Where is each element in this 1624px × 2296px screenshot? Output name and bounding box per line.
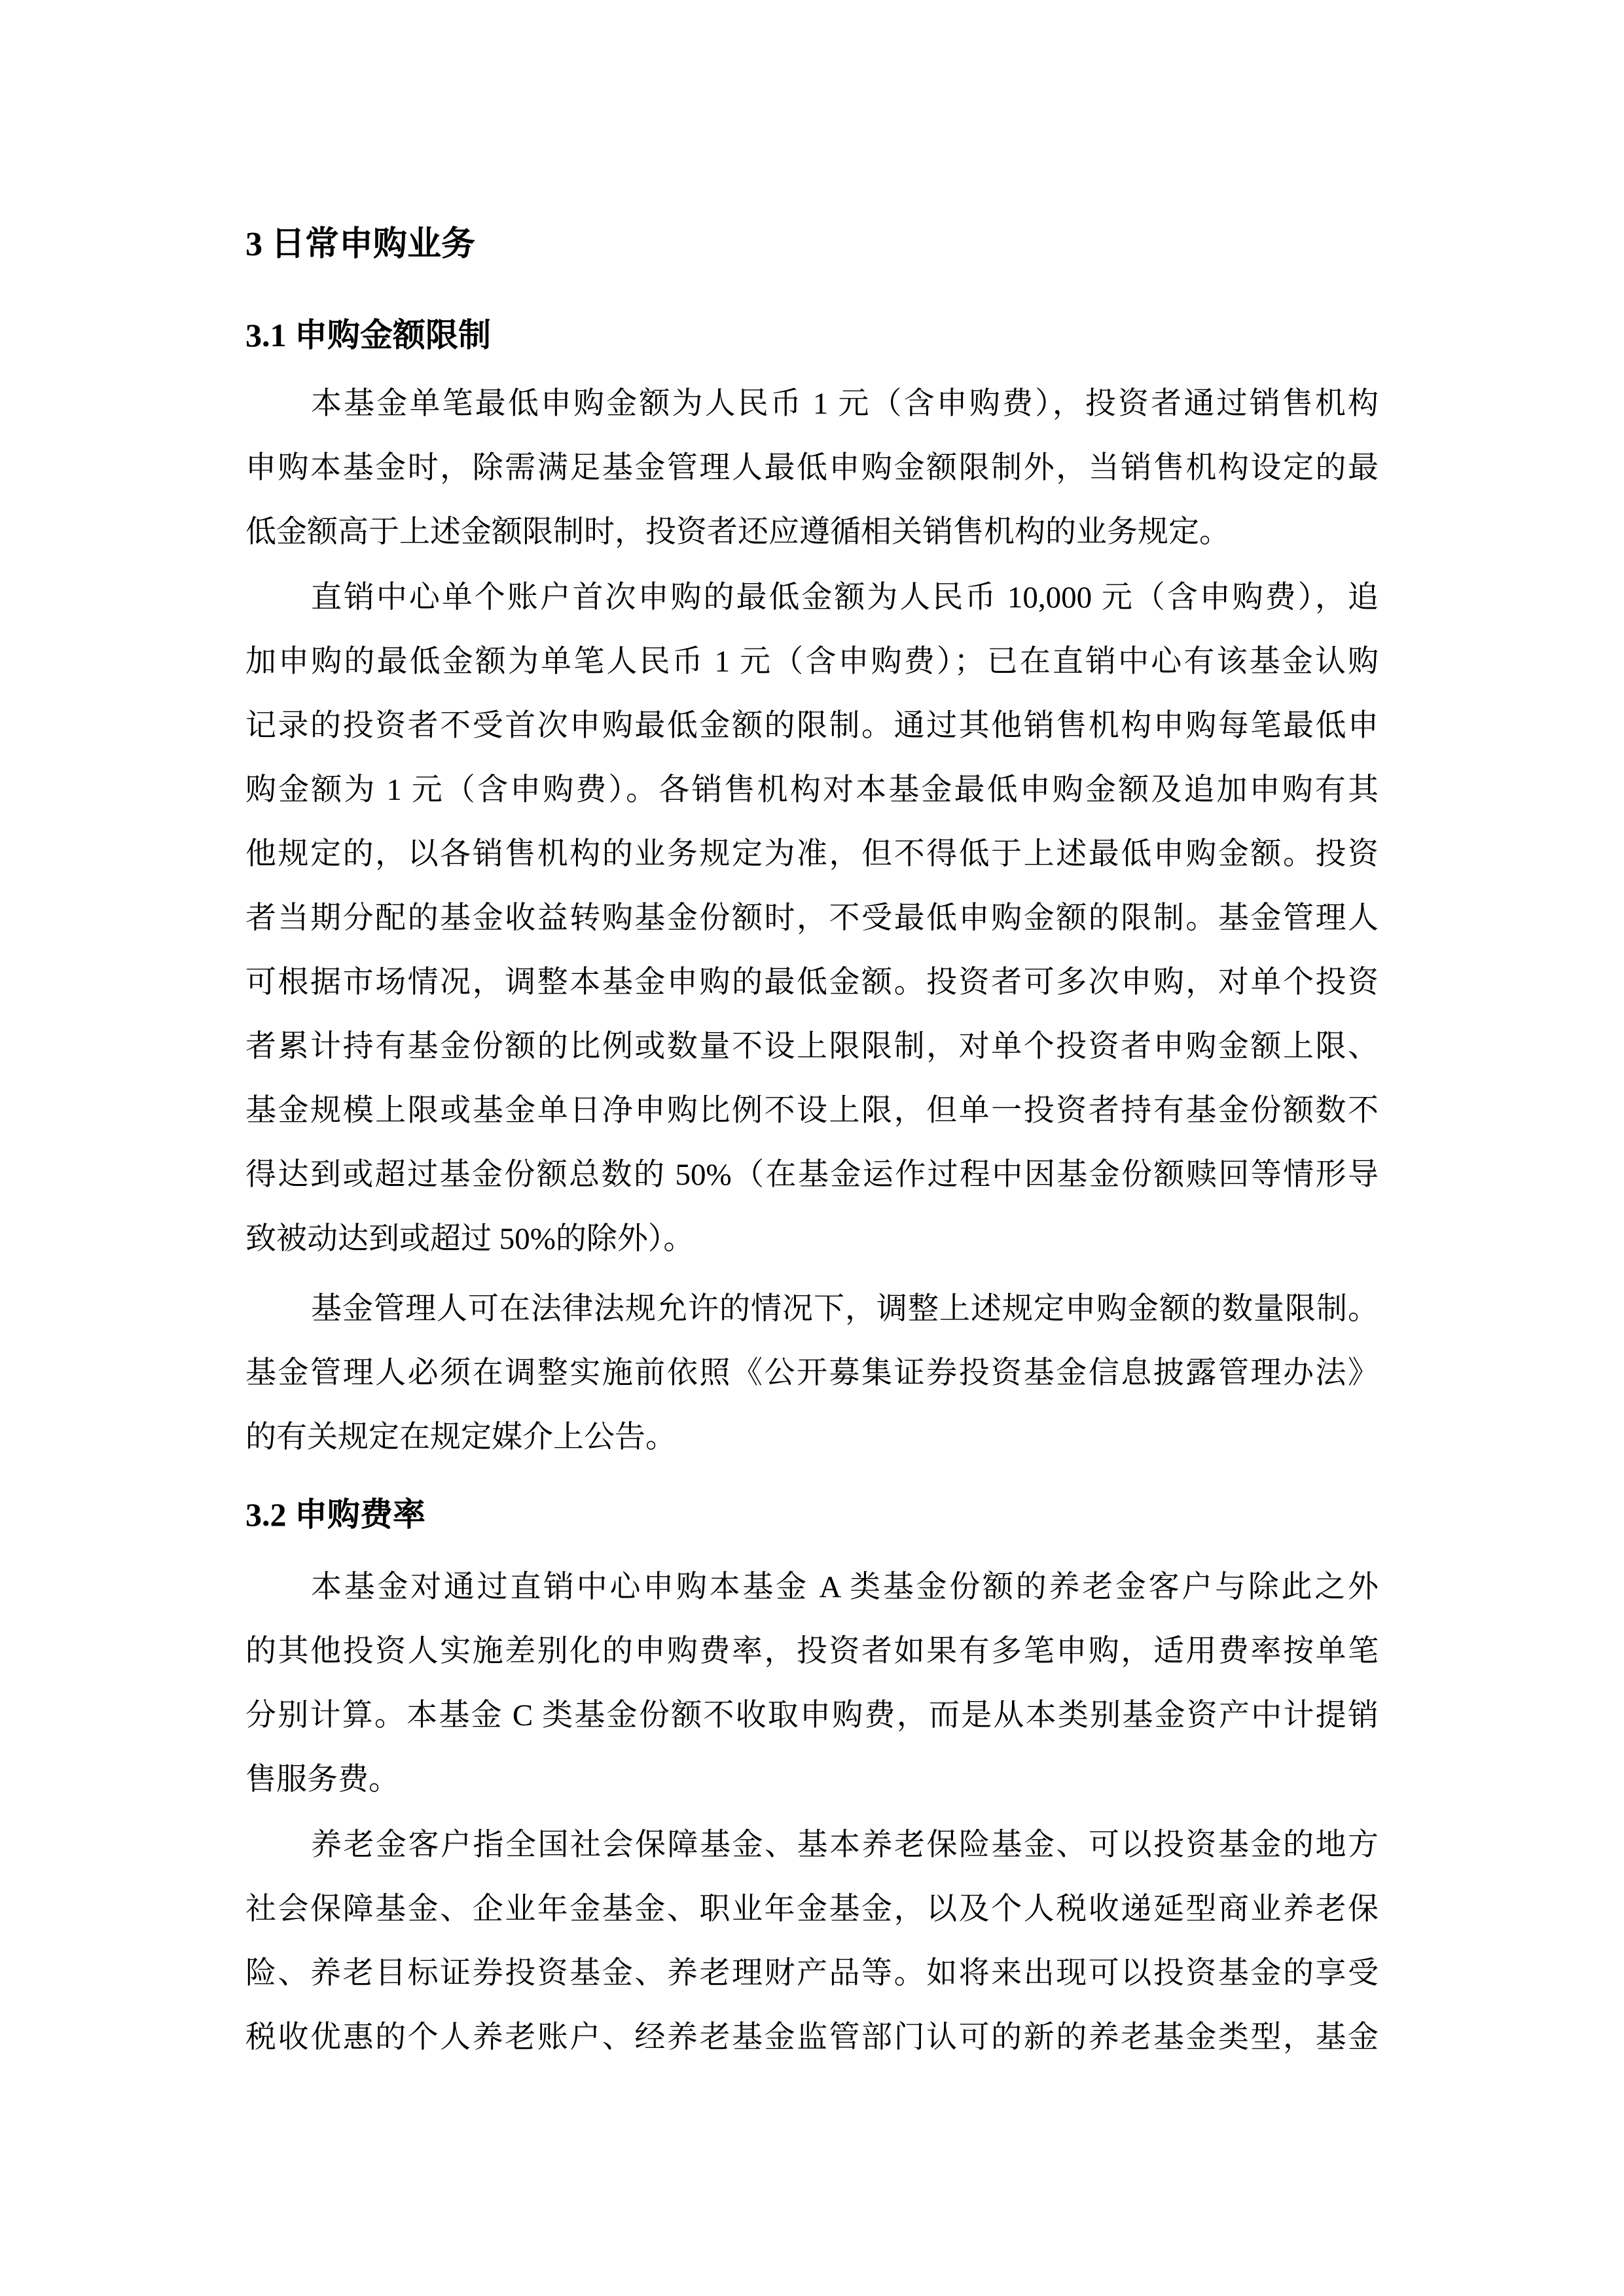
paragraph-line: 分别计算。本基金 C 类基金份额不收取申购费，而是从本类别基金资产中计提销 [245,1683,1379,1748]
paragraph-line: 税收优惠的个人养老账户、经养老基金监管部门认可的新的养老基金类型，基金 [245,2005,1379,2070]
paragraph: 基金管理人可在法律法规允许的情况下，调整上述规定申购金额的数量限制。 基金管理人… [245,1277,1379,1469]
paragraph-line: 的有关规定在规定媒介上公告。 [245,1405,1379,1469]
section-heading-3-1: 3.1 申购金额限制 [245,314,1379,356]
paragraph-line: 基金规模上限或基金单日净申购比例不设上限，但单一投资者持有基金份额数不 [245,1079,1379,1143]
paragraph-line: 社会保障基金、企业年金基金、职业年金基金，以及个人税收递延型商业养老保 [245,1877,1379,1941]
paragraph-line: 的其他投资人实施差别化的申购费率，投资者如果有多笔申购，适用费率按单笔 [245,1619,1379,1683]
paragraph-line: 本基金单笔最低申购金额为人民币 1 元（含申购费），投资者通过销售机构 [245,372,1379,436]
paragraph-line: 直销中心单个账户首次申购的最低金额为人民币 10,000 元（含申购费），追 [245,565,1379,630]
paragraph-line: 记录的投资者不受首次申购最低金额的限制。通过其他销售机构申购每笔最低申 [245,694,1379,758]
paragraph-line: 养老金客户指全国社会保障基金、基本养老保险基金、可以投资基金的地方 [245,1813,1379,1877]
paragraph-line: 险、养老目标证券投资基金、养老理财产品等。如将来出现可以投资基金的享受 [245,1941,1379,2005]
paragraph: 本基金单笔最低申购金额为人民币 1 元（含申购费），投资者通过销售机构 申购本基… [245,372,1379,564]
paragraph-line: 致被动达到或超过 50%的除外）。 [245,1207,1379,1271]
paragraph: 本基金对通过直销中心申购本基金 A 类基金份额的养老金客户与除此之外 的其他投资… [245,1555,1379,1812]
paragraph-line: 本基金对通过直销中心申购本基金 A 类基金份额的养老金客户与除此之外 [245,1555,1379,1619]
paragraph-line: 加申购的最低金额为单笔人民币 1 元（含申购费）；已在直销中心有该基金认购 [245,630,1379,694]
paragraph-line: 低金额高于上述金额限制时，投资者还应遵循相关销售机构的业务规定。 [245,500,1379,564]
chapter-heading: 3 日常申购业务 [245,224,1379,266]
paragraph-line: 基金管理人必须在调整实施前依照《公开募集证券投资基金信息披露管理办法》 [245,1341,1379,1405]
paragraph-line: 者累计持有基金份额的比例或数量不设上限限制，对单个投资者申购金额上限、 [245,1014,1379,1079]
paragraph-line: 申购本基金时，除需满足基金管理人最低申购金额限制外，当销售机构设定的最 [245,436,1379,500]
paragraph-line: 购金额为 1 元（含申购费）。各销售机构对本基金最低申购金额及追加申购有其 [245,758,1379,822]
paragraph-line: 者当期分配的基金收益转购基金份额时，不受最低申购金额的限制。基金管理人 [245,886,1379,950]
paragraph: 直销中心单个账户首次申购的最低金额为人民币 10,000 元（含申购费），追 加… [245,565,1379,1271]
paragraph: 养老金客户指全国社会保障基金、基本养老保险基金、可以投资基金的地方 社会保障基金… [245,1813,1379,2070]
paragraph-line: 可根据市场情况，调整本基金申购的最低金额。投资者可多次申购，对单个投资 [245,950,1379,1014]
document-page: 3 日常申购业务 3.1 申购金额限制 本基金单笔最低申购金额为人民币 1 元（… [0,0,1624,2296]
paragraph-line: 基金管理人可在法律法规允许的情况下，调整上述规定申购金额的数量限制。 [245,1277,1379,1341]
paragraph-line: 售服务费。 [245,1748,1379,1812]
section-heading-3-2: 3.2 申购费率 [245,1494,1379,1535]
paragraph-line: 得达到或超过基金份额总数的 50%（在基金运作过程中因基金份额赎回等情形导 [245,1143,1379,1207]
paragraph-line: 他规定的，以各销售机构的业务规定为准，但不得低于上述最低申购金额。投资 [245,822,1379,886]
